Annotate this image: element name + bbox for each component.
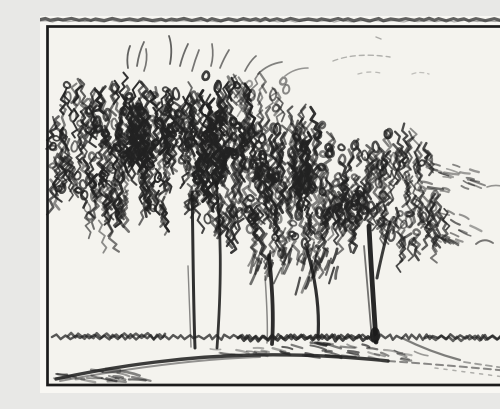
tree-group-charcoal-sketch	[40, 16, 500, 393]
scanned-sketch-figure	[40, 16, 500, 393]
